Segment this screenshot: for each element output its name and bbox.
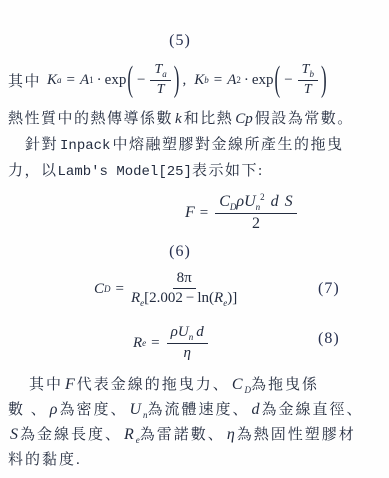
text-segment: 表示如下:	[192, 163, 264, 179]
math-var-u: U	[178, 324, 189, 340]
multiply-dot: ·	[97, 72, 102, 89]
equals-sign: =	[116, 281, 124, 298]
math-var-s: S	[285, 193, 293, 210]
math-sub-2: 2	[236, 75, 241, 85]
math-var-d: d	[252, 401, 260, 418]
math-var-re: R	[133, 335, 142, 352]
text-segment: 為金線長度、	[20, 427, 122, 443]
math-var-rho: ρ	[171, 324, 178, 340]
equation-ka-kb: 其中 Ka = A1 · exp ( − Ta T ) , Kb = A2 · …	[8, 58, 328, 102]
math-sub-n: n	[189, 332, 194, 342]
minus-sign: −	[186, 290, 194, 306]
text-segment: 為熱固性塑膠材	[237, 427, 356, 443]
fraction-numerator: ρUnd	[167, 324, 208, 344]
paragraph-inpack-line2: 力，以Lamb's Model[25]表示如下:	[8, 159, 383, 180]
equation-6-label: (6)	[158, 243, 202, 261]
fraction-numerator: 8π	[173, 270, 196, 289]
math-var-f: F	[65, 376, 75, 393]
equals-sign: =	[200, 205, 208, 222]
text-segment: 數 、	[8, 402, 48, 418]
close-paren: )	[321, 59, 327, 101]
text-segment: 力，以	[8, 163, 58, 179]
exp-function: exp	[105, 72, 127, 89]
math-var-d: d	[196, 324, 204, 340]
equation-8-reynolds: Re = ρUnd η	[133, 322, 210, 364]
exp-function: exp	[252, 72, 274, 89]
paragraph-thermal-properties: 熱性質中的熱傳導係數k和比熱Cp假設為常數。	[8, 107, 383, 128]
fraction-denominator: Re[2.002−ln(Re)]	[131, 289, 237, 308]
text-segment: 熱性質中的熱傳導係數	[8, 111, 173, 127]
math-var-u: U	[244, 193, 256, 210]
equals-sign: =	[214, 72, 222, 89]
text-segment: 中熔融塑膠對金線所產生的拖曳	[112, 137, 343, 153]
math-sub-b: b	[204, 75, 209, 85]
equals-sign: =	[67, 72, 75, 89]
text-segment: 為雷諾數、	[140, 427, 225, 443]
math-var-re: R	[214, 290, 223, 306]
minus-sign: −	[137, 72, 145, 89]
text-segment: 假設為常數。	[255, 111, 354, 127]
open-paren: (	[275, 59, 281, 101]
fraction-denominator: 2	[252, 214, 260, 233]
math-sub-e: e	[142, 338, 146, 348]
math-sub-1: 1	[89, 75, 94, 85]
fraction-numerator: CDρUn2dS	[215, 192, 296, 214]
fraction-numerator: Ta	[150, 62, 170, 81]
math-var-cp: Cp	[235, 111, 253, 127]
text-segment: 為密度、	[59, 402, 127, 418]
math-sub-a: a	[57, 75, 62, 85]
kab-prefix: 其中	[8, 70, 41, 91]
text-segment: 針對	[25, 137, 58, 153]
text-segment: 為拖曳係	[251, 377, 319, 393]
math-var-d: d	[271, 193, 279, 210]
math-var-kb: K	[194, 72, 204, 89]
fraction-denominator: T	[157, 81, 165, 98]
math-sub-b: b	[309, 69, 314, 79]
equation-7-drag-coefficient: CD = 8π Re[2.002−ln(Re)]	[94, 266, 239, 312]
math-var-a1: A	[80, 72, 89, 89]
constant-2002: 2.002	[149, 290, 183, 306]
equation-5-label: (5)	[158, 32, 202, 50]
math-var-a2: A	[227, 72, 236, 89]
comma: ,	[182, 72, 186, 89]
equation-8-label: (8)	[318, 330, 340, 348]
ln-function: ln(	[197, 290, 214, 306]
paragraph-symbols-line1: 其中F代表金線的拖曳力、CD為拖曳係	[8, 373, 389, 395]
text-segment: 其中	[29, 377, 63, 393]
text-segment: 和比熱	[184, 111, 234, 127]
math-var-eta: η	[227, 426, 235, 443]
math-var-rho: ρ	[50, 401, 58, 418]
math-var-s: S	[10, 426, 18, 443]
paragraph-symbols-line4: 料的黏度.	[8, 448, 386, 469]
math-sub-a: a	[162, 69, 167, 79]
equals-sign: =	[151, 335, 159, 352]
minus-sign: −	[284, 72, 292, 89]
fraction-re: ρUnd η	[167, 324, 208, 363]
fraction-numerator: Tb	[298, 62, 318, 81]
lambs-model-citation: Lamb's Model[25]	[58, 164, 192, 180]
math-var-re: R	[124, 426, 134, 443]
text-segment: 為流體速度、	[148, 402, 250, 418]
fraction-tb-t: Tb T	[298, 62, 318, 98]
math-var-rho: ρ	[236, 193, 244, 210]
paragraph-symbols-line2: 數 、ρ為密度、Un為流體速度、d為金線直徑、	[8, 398, 386, 420]
equation-7-label: (7)	[318, 280, 340, 298]
math-sup-2: 2	[260, 192, 265, 202]
math-var-cd: C	[94, 281, 104, 298]
math-var-eta: η	[183, 344, 190, 362]
document-page: (5) 其中 Ka = A1 · exp ( − Ta T ) , Kb = A…	[0, 0, 389, 478]
fraction-denominator: T	[304, 81, 312, 98]
fraction-drag: CDρUn2dS 2	[215, 192, 296, 234]
multiply-dot: ·	[244, 72, 249, 89]
paragraph-inpack-line1: 針對Inpack中熔融塑膠對金線所產生的拖曳	[8, 133, 389, 154]
equation-6-drag-force: F = CDρUn2dS 2	[185, 190, 299, 236]
math-var-k: k	[175, 111, 182, 127]
math-sub-n: n	[256, 202, 261, 212]
fraction-cd: 8π Re[2.002−ln(Re)]	[131, 270, 237, 309]
math-var-cd: C	[232, 376, 243, 393]
math-var-cd: C	[219, 193, 230, 210]
text-segment: 代表金線的拖曳力、	[77, 377, 230, 393]
bracket-close: )]	[227, 290, 237, 306]
close-paren: )	[174, 59, 180, 101]
inpack-term: Inpack	[60, 138, 110, 154]
paragraph-symbols-line3: S為金線長度、Re為雷諾數、η為熱固性塑膠材	[8, 423, 386, 445]
text-segment: 為金線直徑、	[262, 402, 364, 418]
open-paren: (	[127, 59, 133, 101]
math-var-u: U	[129, 401, 141, 418]
math-var-ka: K	[47, 72, 57, 89]
math-sub-d: D	[104, 284, 111, 294]
math-var-re: R	[131, 290, 140, 306]
math-var-f: F	[185, 204, 195, 222]
text-segment: 料的黏度.	[8, 452, 82, 468]
fraction-ta-t: Ta T	[150, 62, 170, 98]
